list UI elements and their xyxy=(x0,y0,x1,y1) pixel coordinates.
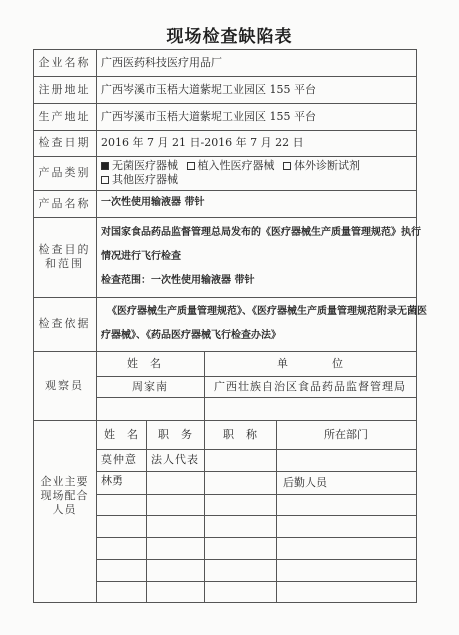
purpose-scope-label: 检查目的 和范围 xyxy=(33,217,96,297)
category-option-ivd[interactable]: 体外诊断试剂 xyxy=(283,159,360,172)
basis-value: 《医疗器械生产质量管理规范》、《医疗器械生产质量管理规范附录无菌医 疗器械》、《… xyxy=(96,297,416,351)
checkbox-empty-icon xyxy=(101,176,109,184)
production-address-value: 广西岑溪市玉梧大道紫坭工业园区 155 平台 xyxy=(96,103,416,130)
staff-title xyxy=(204,471,276,494)
staff-department xyxy=(276,581,416,602)
staff-position xyxy=(146,559,204,581)
category-option-sterile[interactable]: 无菌医疗器械 xyxy=(101,159,178,172)
product-category-options: 无菌医疗器械 植入性医疗器械 体外诊断试剂 其他医疗器械 xyxy=(96,156,416,190)
product-name-value: 一次性使用输液器 带针 xyxy=(96,190,416,217)
staff-header-name: 姓名 xyxy=(96,420,146,449)
staff-name: 林勇 xyxy=(96,471,146,494)
staff-department xyxy=(276,494,416,515)
staff-position xyxy=(146,494,204,515)
staff-name xyxy=(96,581,146,602)
category-option-implant[interactable]: 植入性医疗器械 xyxy=(187,159,275,172)
staff-title xyxy=(204,581,276,602)
observer-unit-empty xyxy=(204,397,416,420)
staff-position xyxy=(146,515,204,537)
staff-department xyxy=(276,515,416,537)
observer-header-unit: 单位 xyxy=(204,351,416,376)
staff-title xyxy=(204,515,276,537)
staff-label: 企业主要 现场配合 人员 xyxy=(33,420,96,602)
checkbox-empty-icon xyxy=(187,162,195,170)
staff-name xyxy=(96,515,146,537)
product-name-label: 产品名称 xyxy=(33,190,96,217)
staff-department: 后勤人员 xyxy=(276,471,416,494)
inspection-date-label: 检查日期 xyxy=(33,130,96,156)
purpose-scope-value: 对国家食品药品监督管理总局发布的《医疗器械生产质量管理规范》执行 情况进行飞行检… xyxy=(96,217,416,297)
staff-header-title: 职称 xyxy=(204,420,276,449)
page-title: 现场检查缺陷表 xyxy=(0,22,459,47)
staff-title xyxy=(204,494,276,515)
staff-position xyxy=(146,537,204,559)
staff-title xyxy=(204,559,276,581)
production-address-label: 生产地址 xyxy=(33,103,96,130)
staff-department xyxy=(276,537,416,559)
basis-label: 检查依据 xyxy=(33,297,96,351)
checkbox-checked-icon xyxy=(101,162,109,170)
category-option-other[interactable]: 其他医疗器械 xyxy=(101,173,178,186)
staff-name xyxy=(96,559,146,581)
staff-header-department: 所在部门 xyxy=(276,420,416,449)
observer-header-name: 姓名 xyxy=(96,351,204,376)
observer-name: 周家南 xyxy=(96,376,204,397)
inspection-date-value: 2016 年 7 月 21 日-2016 年 7 月 22 日 xyxy=(96,130,416,156)
product-category-label: 产品类别 xyxy=(33,156,96,190)
checkbox-empty-icon xyxy=(283,162,291,170)
registered-address-label: 注册地址 xyxy=(33,76,96,103)
observer-label: 观察员 xyxy=(33,351,96,420)
staff-title xyxy=(204,449,276,471)
staff-name: 莫仲意 xyxy=(96,449,146,471)
registered-address-value: 广西岑溪市玉梧大道紫坭工业园区 155 平台 xyxy=(96,76,416,103)
staff-name xyxy=(96,537,146,559)
observer-unit: 广西壮族自治区食品药品监督管理局 xyxy=(204,376,416,397)
staff-department xyxy=(276,449,416,471)
staff-position xyxy=(146,471,204,494)
staff-department xyxy=(276,559,416,581)
staff-position: 法人代表 xyxy=(146,449,204,471)
observer-name-empty xyxy=(96,397,204,420)
company-name-label: 企业名称 xyxy=(33,49,96,76)
staff-header-position: 职务 xyxy=(146,420,204,449)
staff-name xyxy=(96,494,146,515)
staff-position xyxy=(146,581,204,602)
staff-title xyxy=(204,537,276,559)
company-name-value: 广西医药科技医疗用品厂 xyxy=(96,49,416,76)
